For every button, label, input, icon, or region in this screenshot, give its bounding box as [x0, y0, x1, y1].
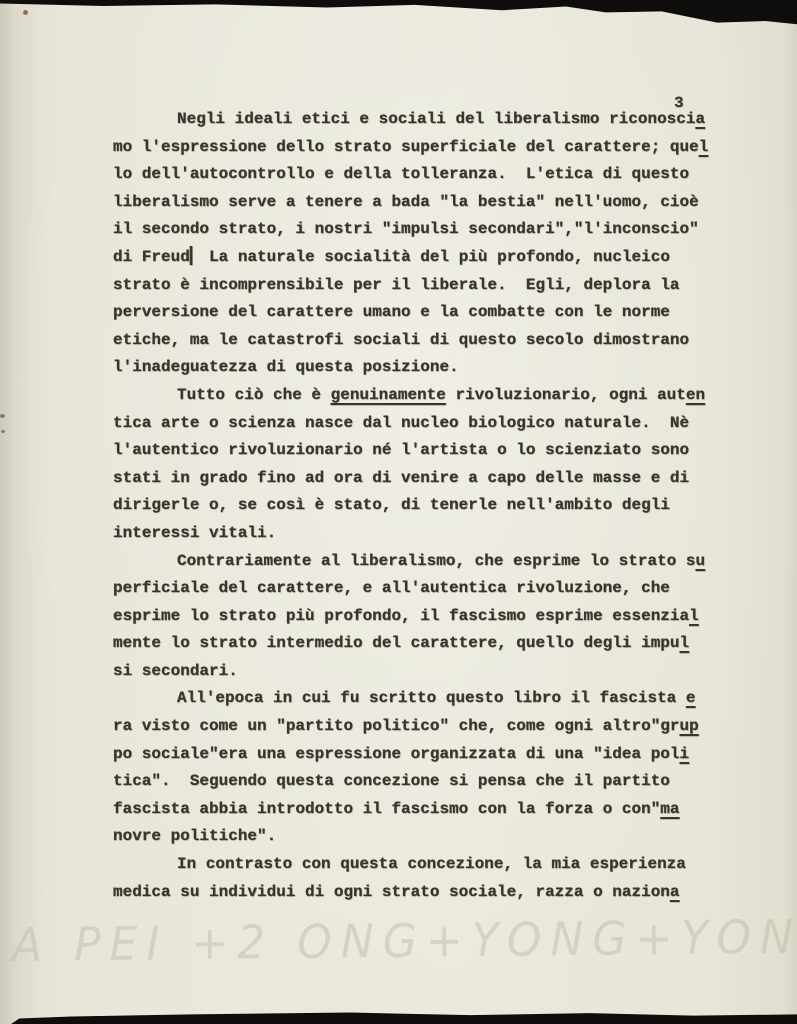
- text-segment: esprime lo strato più profondo, il fasci…: [113, 607, 689, 625]
- text-line: l'autentico rivoluzionario né l'artista …: [113, 437, 713, 465]
- text-segment: novre politiche".: [113, 827, 276, 845]
- text-line: Contrariamente al liberalismo, che espri…: [113, 548, 713, 576]
- text-line: novre politiche".: [113, 823, 713, 851]
- paper-speck: [0, 414, 5, 418]
- text-line: perficiale del carattere, e all'autentic…: [113, 575, 713, 603]
- paragraph: Tutto ciò che è genuinamente rivoluziona…: [113, 382, 713, 548]
- text-segment: tica arte o scienza nasce dal nucleo bio…: [113, 414, 689, 432]
- text-line: medica su individui di ogni strato socia…: [113, 879, 713, 907]
- underlined-text: genuinamente: [331, 386, 446, 404]
- paragraph: In contrasto con questa concezione, la m…: [113, 851, 713, 906]
- text-segment: strato è incomprensibile per il liberale…: [113, 276, 680, 294]
- text-line: tica arte o scienza nasce dal nucleo bio…: [113, 410, 713, 438]
- text-segment: mo l'espressione dello strato superficia…: [113, 138, 699, 156]
- text-segment: rivoluzionario, ogni aut: [446, 386, 686, 404]
- text-segment: po sociale"era una espressione organizza…: [113, 745, 680, 763]
- text-line: strato è incomprensibile per il liberale…: [113, 272, 713, 300]
- text-segment: dirigerle o, se così è stato, di tenerle…: [113, 496, 670, 514]
- text-segment: l'autentico rivoluzionario né l'artista …: [113, 441, 689, 459]
- text-line: stati in grado fino ad ora di venire a c…: [113, 465, 713, 493]
- underlined-text: en: [686, 386, 705, 404]
- text-line: tica". Seguendo questa concezione si pen…: [113, 768, 713, 796]
- text-line: dirigerle o, se così è stato, di tenerle…: [113, 492, 713, 520]
- text-line: Tutto ciò che è genuinamente rivoluziona…: [113, 382, 713, 410]
- text-segment: fascista abbia introdotto il fascismo co…: [113, 800, 660, 818]
- text-line: l'inadeguatezza di questa posizione.: [113, 354, 713, 382]
- text-line: In contrasto con questa concezione, la m…: [113, 851, 713, 879]
- underlined-text: up: [680, 717, 699, 735]
- text-segment: lo dell'autocontrollo e della tolleranza…: [113, 165, 689, 183]
- underlined-text: ma: [660, 800, 679, 818]
- ink-speck: [23, 10, 28, 15]
- text-line: mente lo strato intermedio del carattere…: [113, 630, 713, 658]
- scan-edge-bottom: [0, 1011, 797, 1024]
- paragraph: Negli ideali etici e sociali del liberal…: [113, 106, 713, 382]
- underlined-text: i: [680, 745, 690, 763]
- text-line: lo dell'autocontrollo e della tolleranza…: [113, 161, 713, 189]
- text-line: All'epoca in cui fu scritto questo libro…: [113, 685, 713, 713]
- underlined-text: a: [670, 883, 680, 901]
- underlined-text: a: [695, 110, 705, 128]
- text-segment: mente lo strato intermedio del carattere…: [113, 634, 680, 652]
- text-line: esprime lo strato più profondo, il fasci…: [113, 603, 713, 631]
- text-segment: ra visto come un "partito politico" che,…: [113, 717, 680, 735]
- underlined-text: u: [695, 552, 705, 570]
- text-line: liberalismo serve a tenere a bada "la be…: [113, 189, 713, 217]
- text-segment: il secondo strato, i nostri "impulsi sec…: [113, 220, 699, 238]
- text-line: fascista abbia introdotto il fascismo co…: [113, 796, 713, 824]
- underlined-text: l: [680, 634, 690, 652]
- underlined-text: l: [689, 607, 699, 625]
- text-segment: Negli ideali etici e sociali del liberal…: [177, 110, 695, 128]
- scan-edge-top: [0, 0, 797, 27]
- text-segment: etiche, ma le catastrofi sociali di ques…: [113, 331, 689, 349]
- text-line: po sociale"era una espressione organizza…: [113, 741, 713, 769]
- typewritten-text-block: Negli ideali etici e sociali del liberal…: [113, 106, 713, 906]
- text-line: il secondo strato, i nostri "impulsi sec…: [113, 216, 713, 244]
- ghost-writing-watermark: A PEI +2 ONG+YONG+YONG PA PEI +2 ONG+4: [12, 911, 797, 973]
- text-segment: liberalismo serve a tenere a bada "la be…: [113, 193, 699, 211]
- text-segment: l'inadeguatezza di questa posizione.: [113, 358, 459, 376]
- paragraph: Contrariamente al liberalismo, che espri…: [113, 548, 713, 686]
- text-line: si secondari.: [113, 658, 713, 686]
- scanned-document-page: 3 Negli ideali etici e sociali del liber…: [0, 0, 797, 1024]
- text-segment: All'epoca in cui fu scritto questo libro…: [177, 689, 686, 707]
- text-segment: si secondari.: [113, 662, 238, 680]
- text-segment: Tutto ciò che è: [177, 386, 331, 404]
- text-line: Negli ideali etici e sociali del liberal…: [113, 106, 713, 134]
- text-segment: perversione del carattere umano e la com…: [113, 303, 670, 321]
- text-segment: Contrariamente al liberalismo, che espri…: [177, 552, 695, 570]
- text-segment: medica su individui di ogni strato socia…: [113, 883, 670, 901]
- text-segment: In contrasto con questa concezione, la m…: [177, 855, 686, 873]
- text-segment: tica". Seguendo questa concezione si pen…: [113, 772, 670, 790]
- underlined-text: e: [686, 689, 696, 707]
- text-line: perversione del carattere umano e la com…: [113, 299, 713, 327]
- text-line: interessi vitali.: [113, 520, 713, 548]
- paragraph: All'epoca in cui fu scritto questo libro…: [113, 685, 713, 851]
- text-line: ra visto come un "partito politico" che,…: [113, 713, 713, 741]
- text-segment: interessi vitali.: [113, 524, 276, 542]
- text-segment: perficiale del carattere, e all'autentic…: [113, 579, 670, 597]
- underlined-text: l: [699, 138, 709, 156]
- text-segment: di Freud▎ La naturale socialità del più …: [113, 248, 670, 266]
- text-segment: stati in grado fino ad ora di venire a c…: [113, 469, 689, 487]
- text-line: di Freud▎ La naturale socialità del più …: [113, 244, 713, 272]
- text-line: etiche, ma le catastrofi sociali di ques…: [113, 327, 713, 355]
- paper-speck: [1, 430, 5, 433]
- text-line: mo l'espressione dello strato superficia…: [113, 134, 713, 162]
